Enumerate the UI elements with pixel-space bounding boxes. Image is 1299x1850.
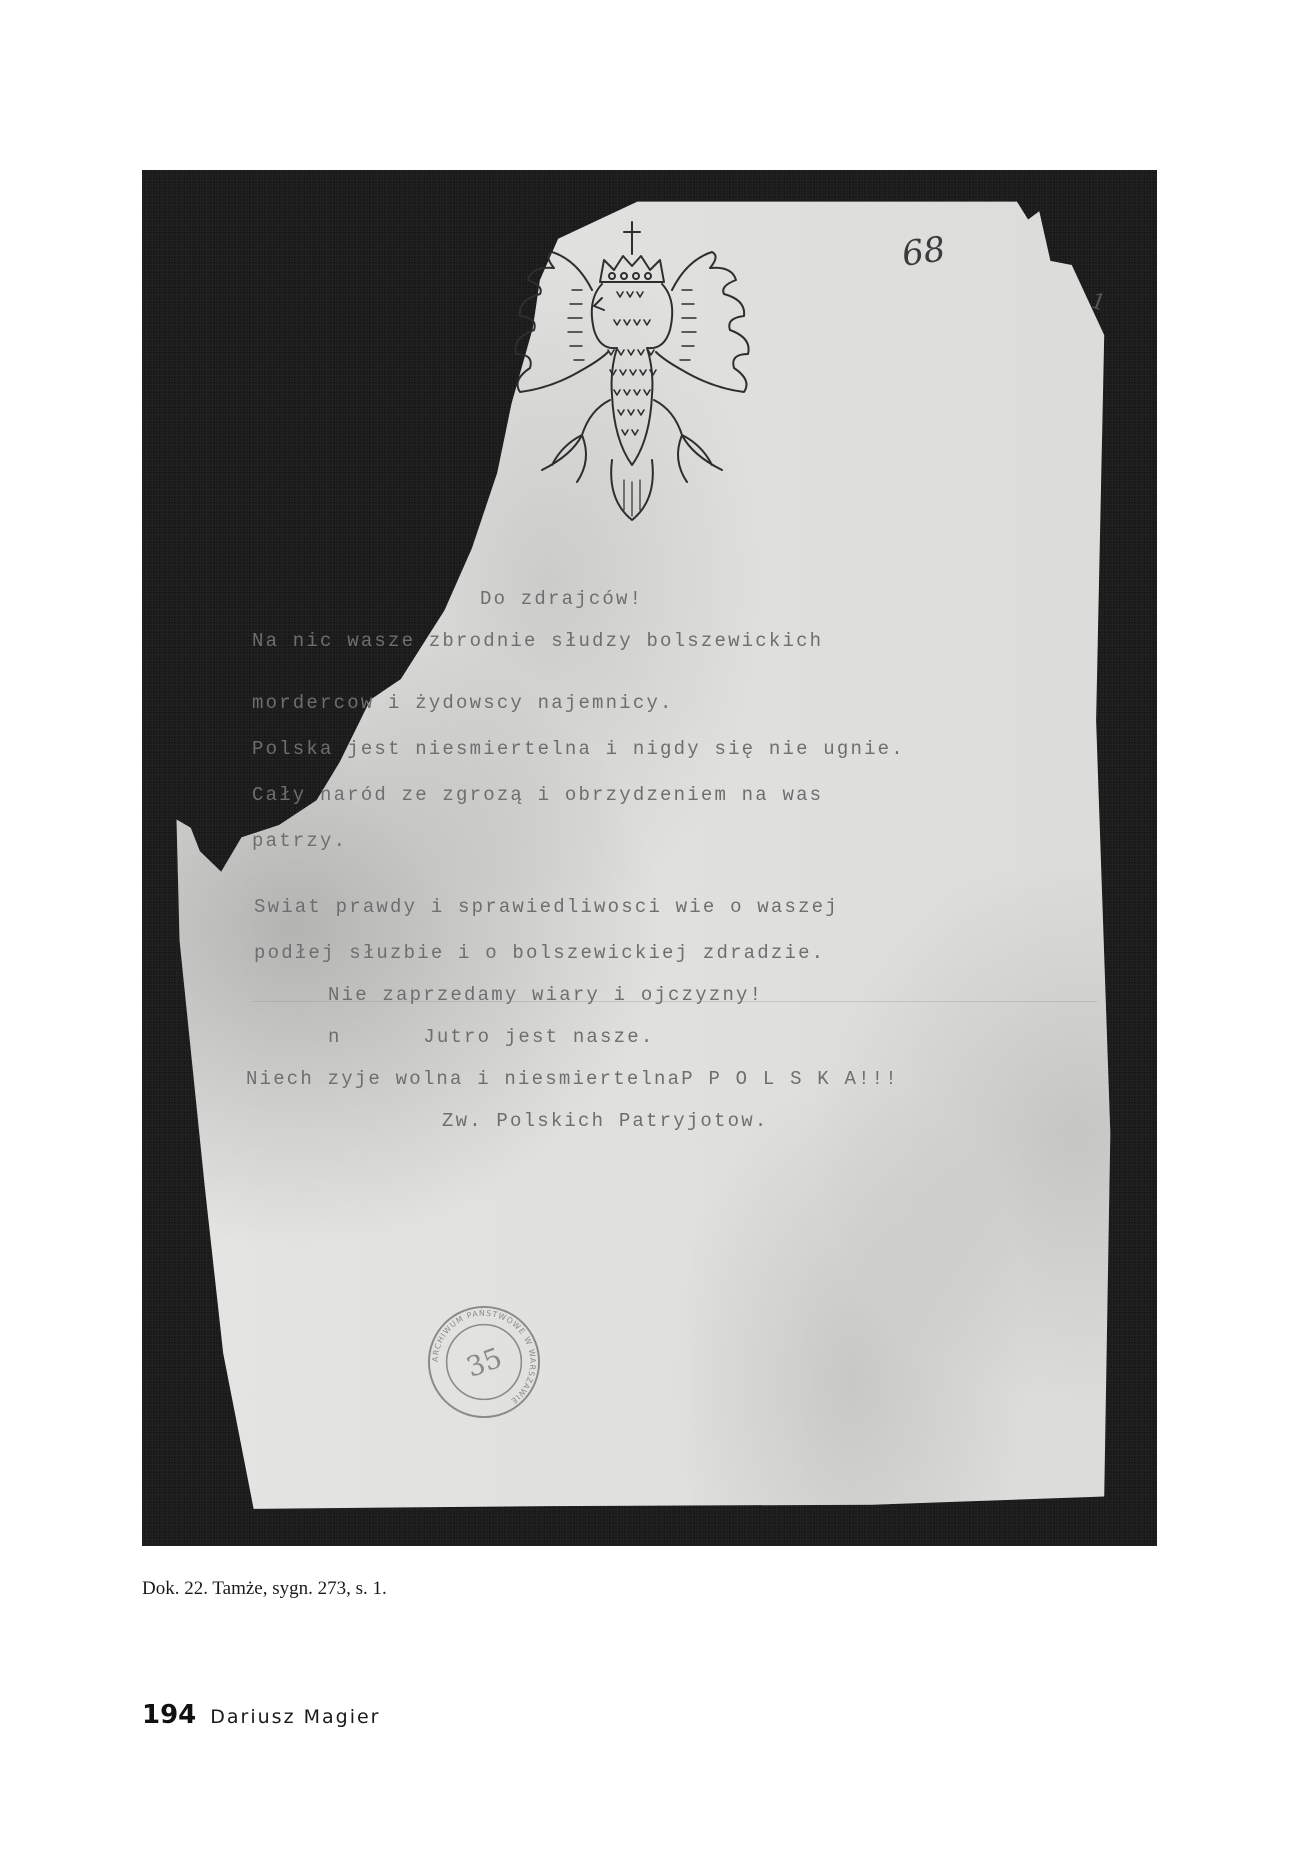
running-author: Dariusz Magier	[210, 1706, 380, 1728]
figure-caption: Dok. 22. Tamże, sygn. 273, s. 1.	[142, 1578, 387, 1600]
leaflet-line: patrzy.	[252, 830, 347, 852]
leaflet-line: Swiat prawdy i sprawiedliwosci wie o was…	[254, 896, 839, 918]
leaflet-line: Nie zaprzedamy wiary i ojczyzny!	[328, 984, 763, 1006]
archive-stamp-icon: ARCHIWUM PAŃSTWOWE W WARSZAWIE 35	[425, 1303, 543, 1421]
leaflet-signature: Zw. Polskich Patryjotow.	[442, 1110, 768, 1132]
leaflet-line: podłej słuzbie i o bolszewickiej zdradzi…	[254, 942, 825, 964]
page-footer: 194 Dariusz Magier	[142, 1700, 380, 1730]
leaflet-heading: Do zdrajców!	[480, 588, 643, 610]
leaflet-line: Niech zyje wolna i niesmiertelnaP P O L …	[246, 1068, 899, 1090]
handwritten-archival-number: 68	[899, 229, 947, 275]
leaflet-line: mordercow i żydowscy najemnicy.	[252, 692, 674, 714]
document-photograph: 68 1 Do zdrajców! Na nic wasze zbrodnie …	[142, 170, 1157, 1546]
handwritten-corner-mark: 1	[1087, 288, 1109, 316]
leaflet-line: Cały naród ze zgrozą i obrzydzeniem na w…	[252, 784, 823, 806]
polish-eagle-icon	[482, 220, 782, 540]
leaflet-line: Na nic wasze zbrodnie słudzy bolszewicki…	[252, 630, 823, 652]
leaflet-line: n Jutro jest nasze.	[328, 1026, 654, 1048]
stamp-number: 35	[462, 1342, 506, 1384]
leaflet-line: Polska jest niesmiertelna i nigdy się ni…	[252, 738, 905, 760]
page-number: 194	[142, 1700, 196, 1730]
